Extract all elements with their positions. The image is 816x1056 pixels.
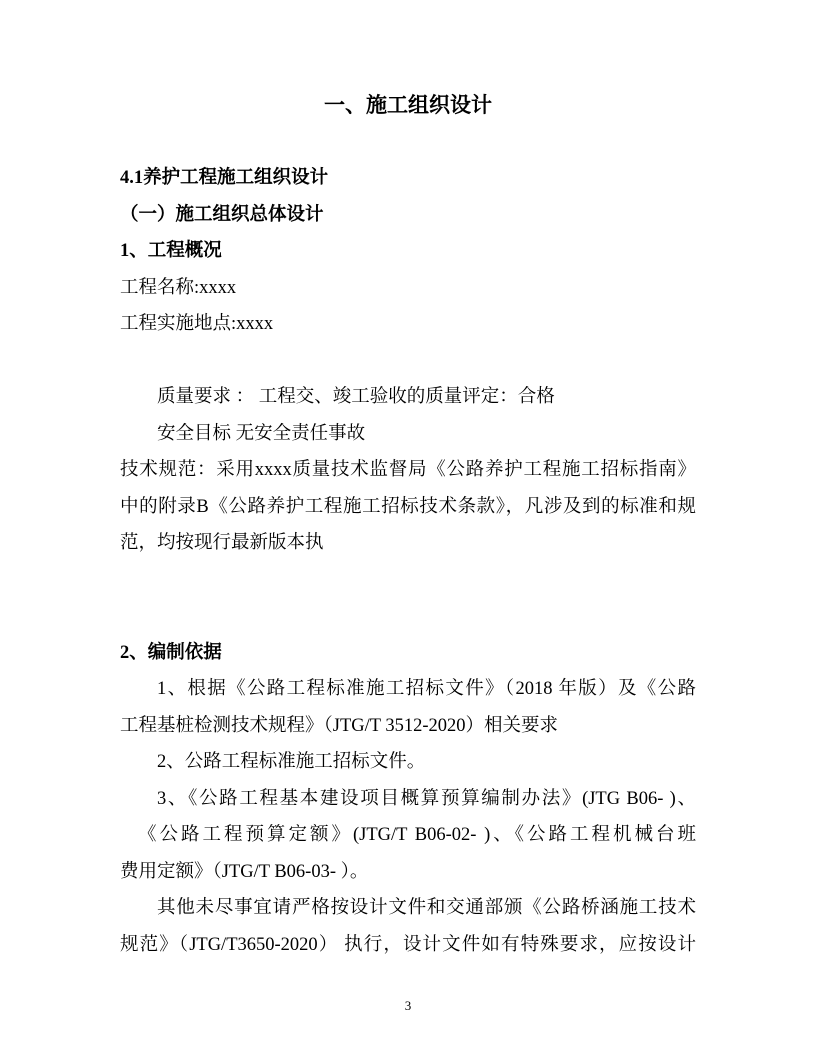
document-line: 其他未尽事宜请严格按设计文件和交通部颁《公路桥涵施工技术	[120, 890, 696, 927]
blank-line	[120, 124, 696, 161]
heading-line: 2、编制依据	[120, 635, 696, 672]
heading-line: 4.1养护工程施工组织设计	[120, 160, 696, 197]
document-line: 规范》（JTG/T3650-2020） 执行，设计文件如有特殊要求，应按设计	[120, 927, 696, 964]
document-line: 工程名称:xxxx	[120, 270, 696, 307]
document-line: 范，均按现行最新版本执	[120, 525, 696, 562]
document-line: 1、根据《公路工程标准施工招标文件》（2018 年版）及《公路	[120, 671, 696, 708]
document-line: 《公路工程预算定额》(JTG/T B06-02- )、《公路工程机械台班	[120, 817, 696, 854]
document-page: 一、施工组织设计4.1养护工程施工组织设计（一）施工组织总体设计1、工程概况工程…	[0, 0, 816, 1056]
document-line: 3、《公路工程基本建设项目概算预算编制办法》(JTG B06- )、	[120, 781, 696, 818]
page-number: 3	[0, 998, 816, 1014]
document-line: 工程基桩检测技术规程》（JTG/T 3512-2020）相关要求	[120, 708, 696, 745]
document-line: 2、公路工程标准施工招标文件。	[120, 744, 696, 781]
heading-line: 1、工程概况	[120, 233, 696, 270]
document-title: 一、施工组织设计	[120, 87, 696, 124]
document-line: 费用定额》（JTG/T B06-03- ）。	[120, 854, 696, 891]
blank-line	[120, 343, 696, 380]
document-line: 工程实施地点:xxxx	[120, 306, 696, 343]
blank-line	[120, 598, 696, 635]
document-content: 一、施工组织设计4.1养护工程施工组织设计（一）施工组织总体设计1、工程概况工程…	[120, 87, 696, 963]
heading-line: （一）施工组织总体设计	[120, 197, 696, 234]
document-line: 技术规范：采用xxxx质量技术监督局《公路养护工程施工招标指南》	[120, 452, 696, 489]
blank-line	[120, 562, 696, 599]
document-line: 质量要求 ： 工程交、竣工验收的质量评定：合格	[120, 379, 696, 416]
document-line: 中的附录B《公路养护工程施工招标技术条款》，凡涉及到的标准和规	[120, 489, 696, 526]
document-line: 安全目标 无安全责任事故	[120, 416, 696, 453]
